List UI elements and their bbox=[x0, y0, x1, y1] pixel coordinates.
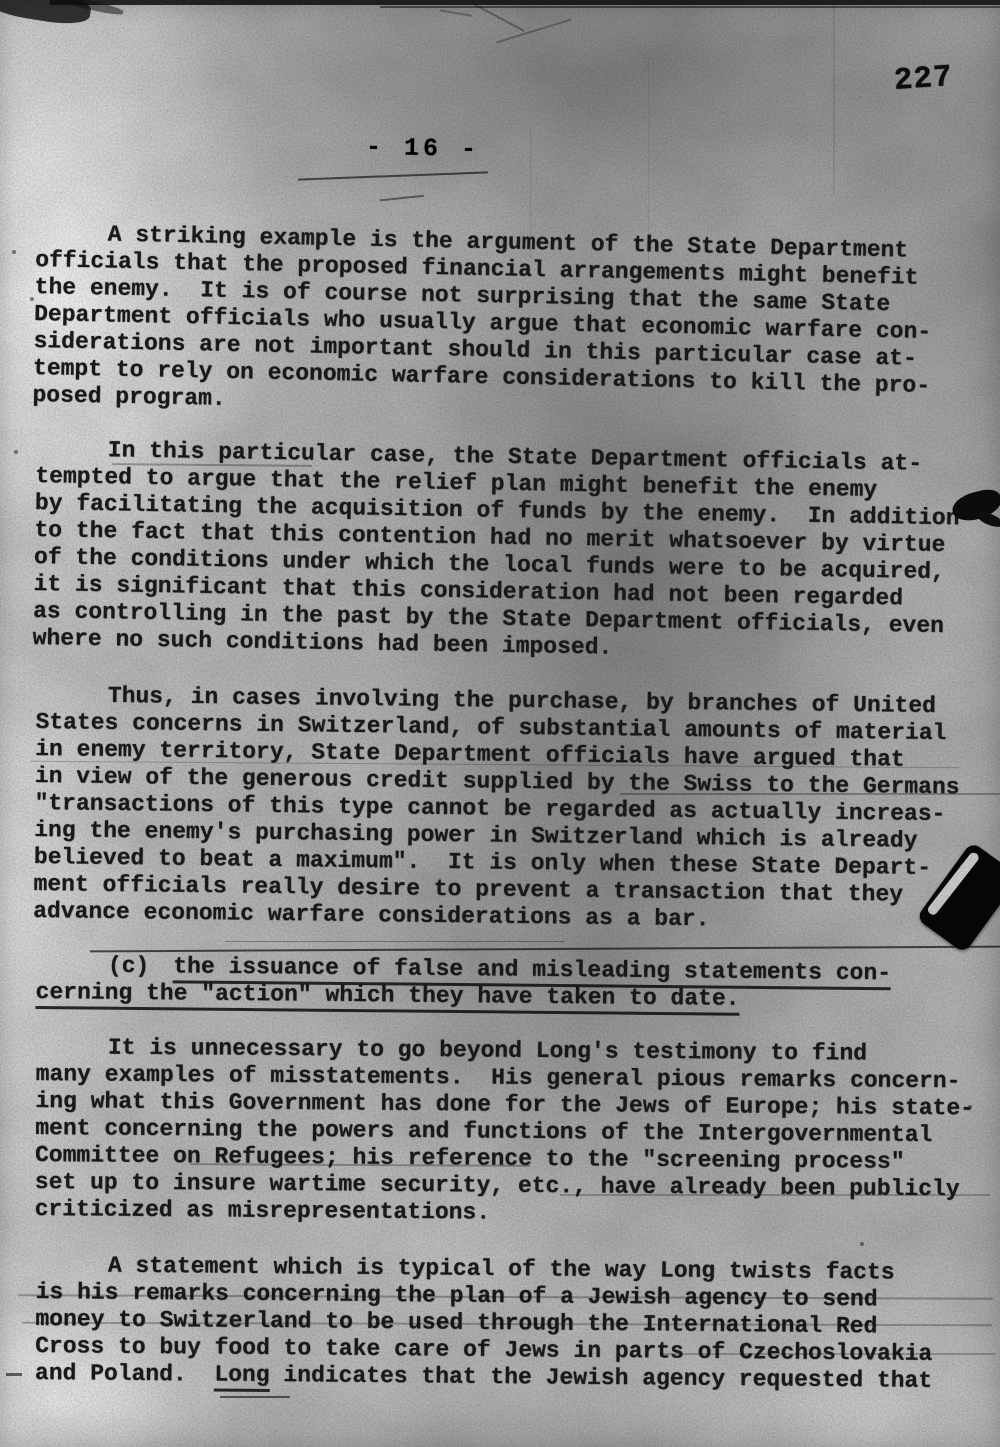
underlined-word-long: Long bbox=[214, 1362, 269, 1392]
text-segment: indicates that the Jewish agency request… bbox=[269, 1362, 932, 1394]
section-c-heading: (c)the issuance of false and misleading … bbox=[35, 952, 995, 1015]
document-text-layer: A striking example is the argument of th… bbox=[0, 0, 1000, 1447]
ink-speck bbox=[330, 642, 334, 646]
paragraph-5: A statement which is typical of the way … bbox=[35, 1252, 996, 1395]
ink-speck bbox=[30, 297, 34, 301]
text-segment: and Poland. bbox=[35, 1360, 215, 1388]
paragraph-1: A striking example is the argument of th… bbox=[32, 220, 996, 428]
section-label: (c) bbox=[108, 953, 150, 979]
ink-speck bbox=[860, 1242, 864, 1246]
ink-speck bbox=[14, 450, 18, 454]
document-page: 227 - 16 - A striking example is the arg… bbox=[0, 0, 1000, 1447]
paragraph-3: Thus, in cases involving the purchase, b… bbox=[33, 682, 996, 937]
ink-speck bbox=[968, 1105, 972, 1109]
paragraph-4: It is unnecessary to go beyond Long's te… bbox=[35, 1034, 996, 1231]
underlined-heading-text: cerning the "action" which they have tak… bbox=[35, 979, 739, 1016]
paragraph-2: In this particular case, the State Depar… bbox=[32, 436, 995, 668]
ink-speck bbox=[12, 250, 16, 254]
